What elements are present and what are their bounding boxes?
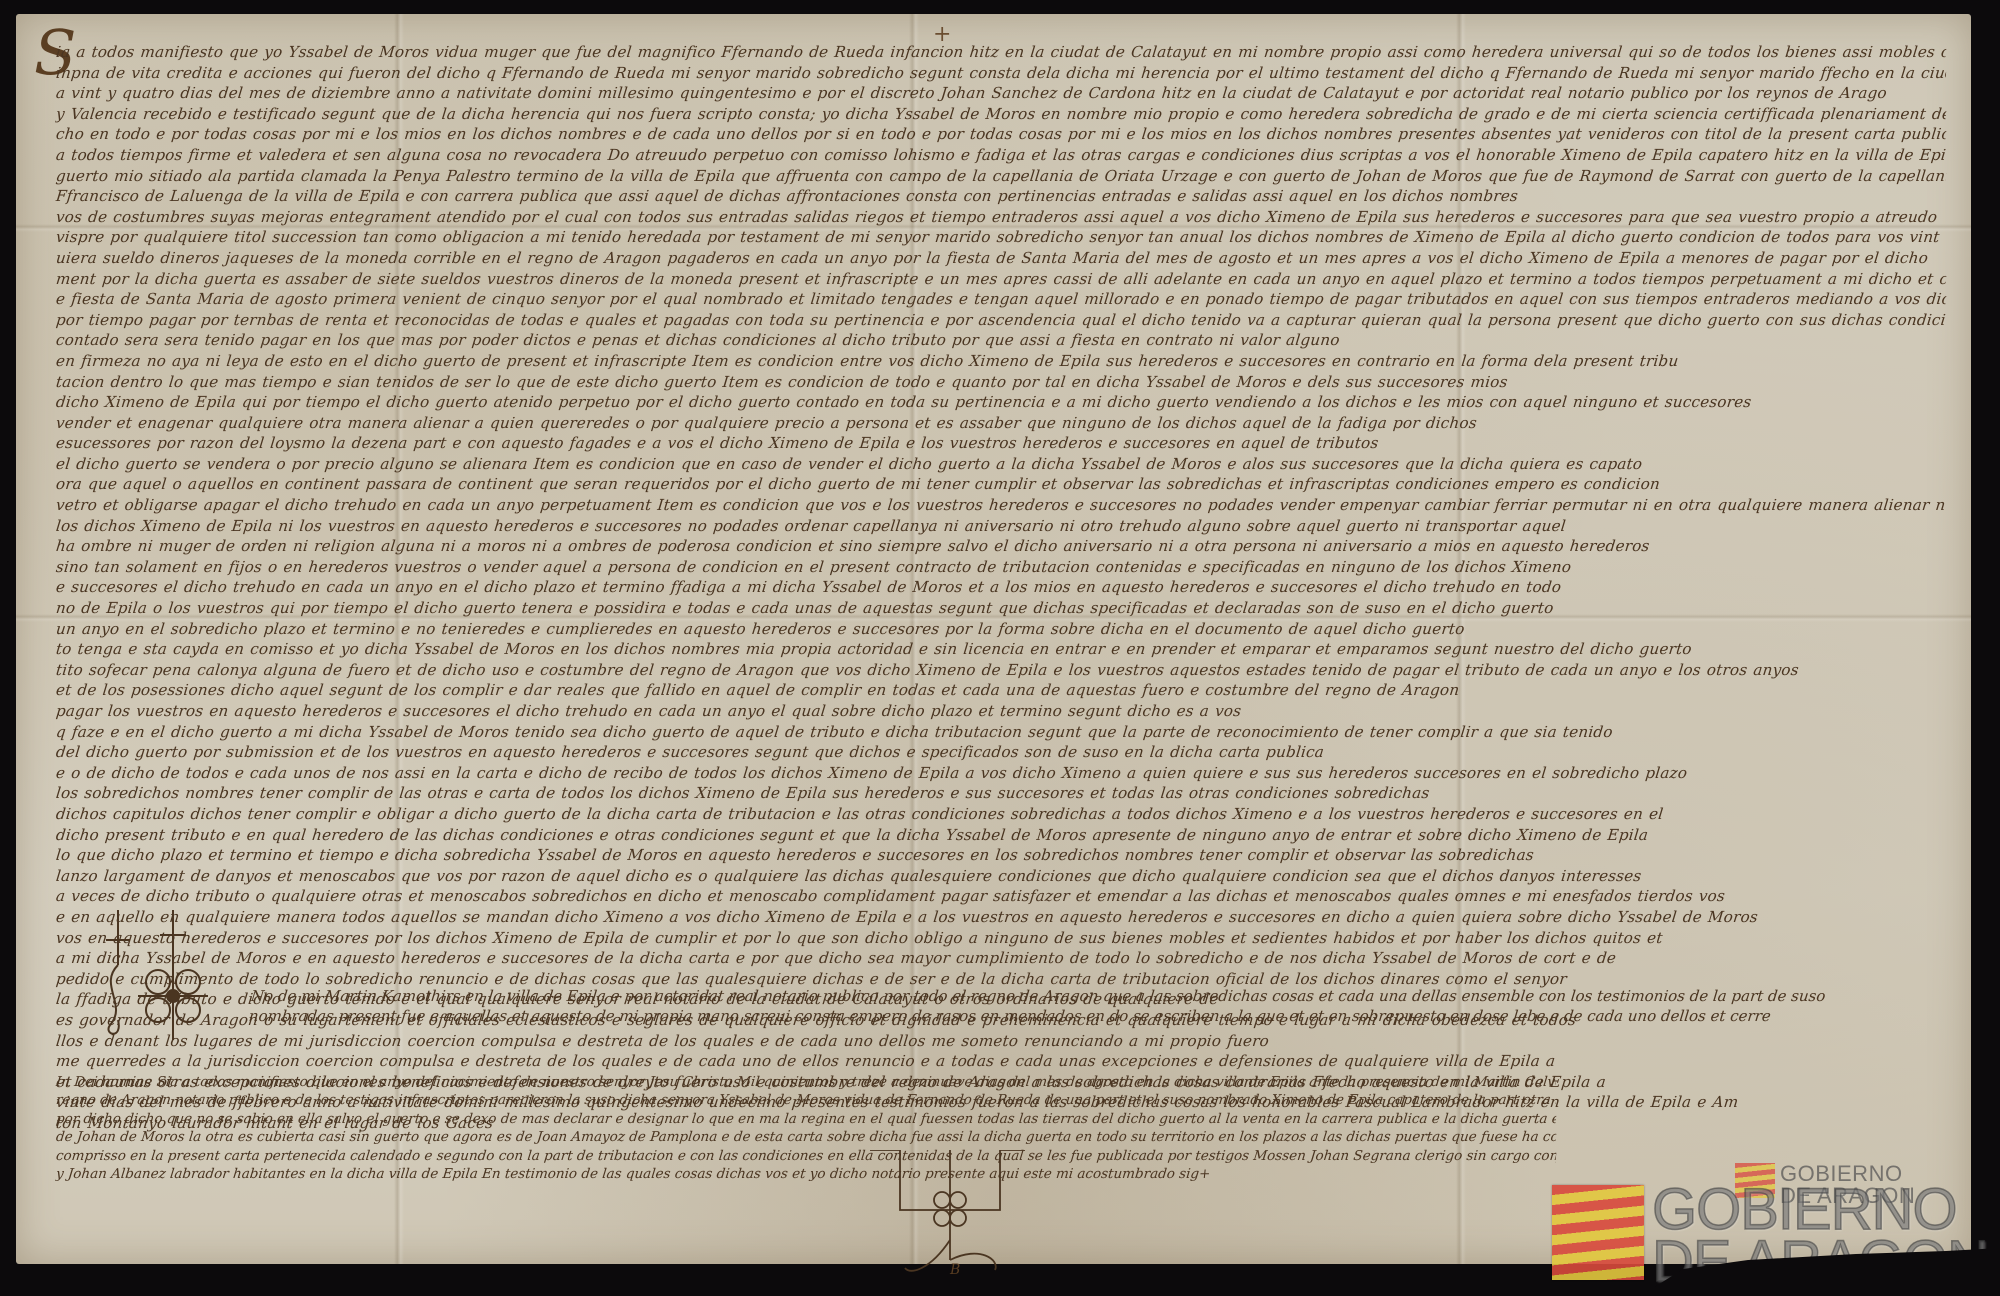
manuscript-line: e o de dicho de todos e cada unos de nos… (55, 763, 1947, 784)
manuscript-line: to tenga e sta cayda en comisso et yo di… (55, 639, 1947, 660)
final-paragraph-line: por dicho dicho que no se sabio en ella … (55, 1110, 1557, 1128)
manuscript-line: a mi dicha Yssabel de Moros e en aquesto… (55, 948, 1947, 969)
manuscript-line: Ffrancisco de Laluenga de la villa de Ep… (55, 186, 1947, 207)
manuscript-line: ha ombre ni muger de orden ni religion a… (55, 536, 1947, 557)
manuscript-line: ora que aquel o aquellos en continent pa… (55, 474, 1947, 495)
manuscript-line: e en aquello en qualquiere manera todos … (55, 907, 1947, 928)
manuscript-line: ia a todos manifiesto que yo Yssabel de … (55, 42, 1947, 63)
manuscript-line: vos en aquesto herederos e succesores po… (55, 928, 1947, 949)
notary-attestation: No de mi Martin Kamothirs en la villa de… (248, 986, 1952, 1026)
final-paragraph-line: comprisso en la present carta pertenecid… (55, 1147, 1557, 1165)
manuscript-line: lanzo largament de danyos et menoscabos … (55, 866, 1947, 887)
manuscript-line: a todos tiempos firme et valedera et sen… (55, 145, 1947, 166)
aragon-flag-icon (1552, 1185, 1644, 1280)
manuscript-line: no de Epila o los vuestros qui por tiemp… (55, 598, 1947, 619)
manuscript-line: vos de costumbres suyas mejoras entegram… (55, 207, 1947, 228)
final-paragraph: In Dei nomine Sia a todos manifiesto que… (56, 1073, 1556, 1183)
notary-attestation-line: No de mi Martin Kamothirs en la villa de… (250, 986, 1952, 1006)
manuscript-line: dichos capitulos dichos tener complir e … (55, 804, 1947, 825)
manuscript-line: lo que dicho plazo et termino et tiempo … (55, 845, 1947, 866)
manuscript-line: e succesores el dicho trehudo en cada un… (55, 577, 1947, 598)
margin-mark: B (950, 1262, 960, 1278)
manuscript-line: dicho present tributo e en qual heredero… (55, 825, 1947, 846)
manuscript-line: contado sera sera tenido pagar en los qu… (55, 330, 1947, 351)
manuscript-line: en firmeza no aya ni leya de esto en el … (55, 351, 1947, 372)
manuscript-line: vetro et obligarse apagar el dicho trehu… (55, 495, 1947, 516)
manuscript-line: q faze e en el dicho guerto a mi dicha Y… (55, 722, 1947, 743)
manuscript-line: los dichos Ximeno de Epila ni los vuestr… (55, 516, 1947, 537)
manuscript-line: inpna de vita credita e acciones qui fue… (55, 63, 1947, 84)
manuscript-line: un anyo en el sobredicho plazo et termin… (55, 619, 1947, 640)
manuscript-line: pagar los vuestros en aquesto herederos … (55, 701, 1947, 722)
final-paragraph-line: de Johan de Moros la otra es cubierta ca… (55, 1128, 1557, 1146)
final-paragraph-line: regno de Aragon notario publico e de los… (55, 1091, 1557, 1109)
manuscript-line: uiera sueldo dineros jaqueses de la mone… (55, 248, 1947, 269)
manuscript-body: ia a todos manifiesto que yo Yssabel de … (56, 42, 1946, 1133)
final-notary-sign-icon (850, 1150, 1070, 1280)
manuscript-line: et de los posessiones dicho aquel segunt… (55, 680, 1947, 701)
final-paragraph-line: y Johan Albanez labrador habitantes en l… (55, 1165, 1557, 1183)
manuscript-line: dicho Ximeno de Epila qui por tiempo el … (55, 392, 1947, 413)
notary-sign-icon (98, 910, 218, 1070)
manuscript-line: del dicho guerto por submission et de lo… (55, 742, 1947, 763)
manuscript-line: los sobredichos nombres tener complir de… (55, 783, 1947, 804)
manuscript-line: vender et enagenar qualquiere otra maner… (55, 413, 1947, 434)
manuscript-line: me querredes a la jurisdiccion coercion … (55, 1051, 1947, 1072)
manuscript-line: por tiempo pagar por ternbas de renta et… (55, 310, 1947, 331)
manuscript-line: cho en todo e por todas cosas por mi e l… (55, 124, 1947, 145)
manuscript-line: y Valencia recebido e testificado segunt… (55, 104, 1947, 125)
manuscript-line: a vint y quatro dias del mes de diziembr… (55, 83, 1947, 104)
final-paragraph-line: In Dei nomine Sia a todos manifiesto que… (55, 1073, 1557, 1091)
manuscript-line: tito sofecar pena calonya alguna de fuer… (55, 660, 1947, 681)
manuscript-line: a veces de dicho tributo o qualquiere ot… (55, 886, 1947, 907)
manuscript-line: ment por la dicha guerta es assaber de s… (55, 269, 1947, 290)
manuscript-line: el dicho guerto se vendera o por precio … (55, 454, 1947, 475)
notary-attestation-line: nombradas present fue e aquellas et aque… (248, 1006, 1950, 1026)
manuscript-line: llos e denant los lugares de mi jurisdic… (55, 1031, 1947, 1052)
manuscript-line: e fiesta de Santa Maria de agosto primer… (55, 289, 1947, 310)
manuscript-line: sino tan solament en fijos o en heredero… (55, 557, 1947, 578)
manuscript-line: esucessores por razon del loysmo la deze… (55, 433, 1947, 454)
manuscript-line: tacion dentro lo que mas tiempo e sian t… (55, 372, 1947, 393)
manuscript-line: vispre por qualquiere titol succession t… (55, 227, 1947, 248)
manuscript-line: guerto mio sitiado ala partida clamada l… (55, 166, 1947, 187)
